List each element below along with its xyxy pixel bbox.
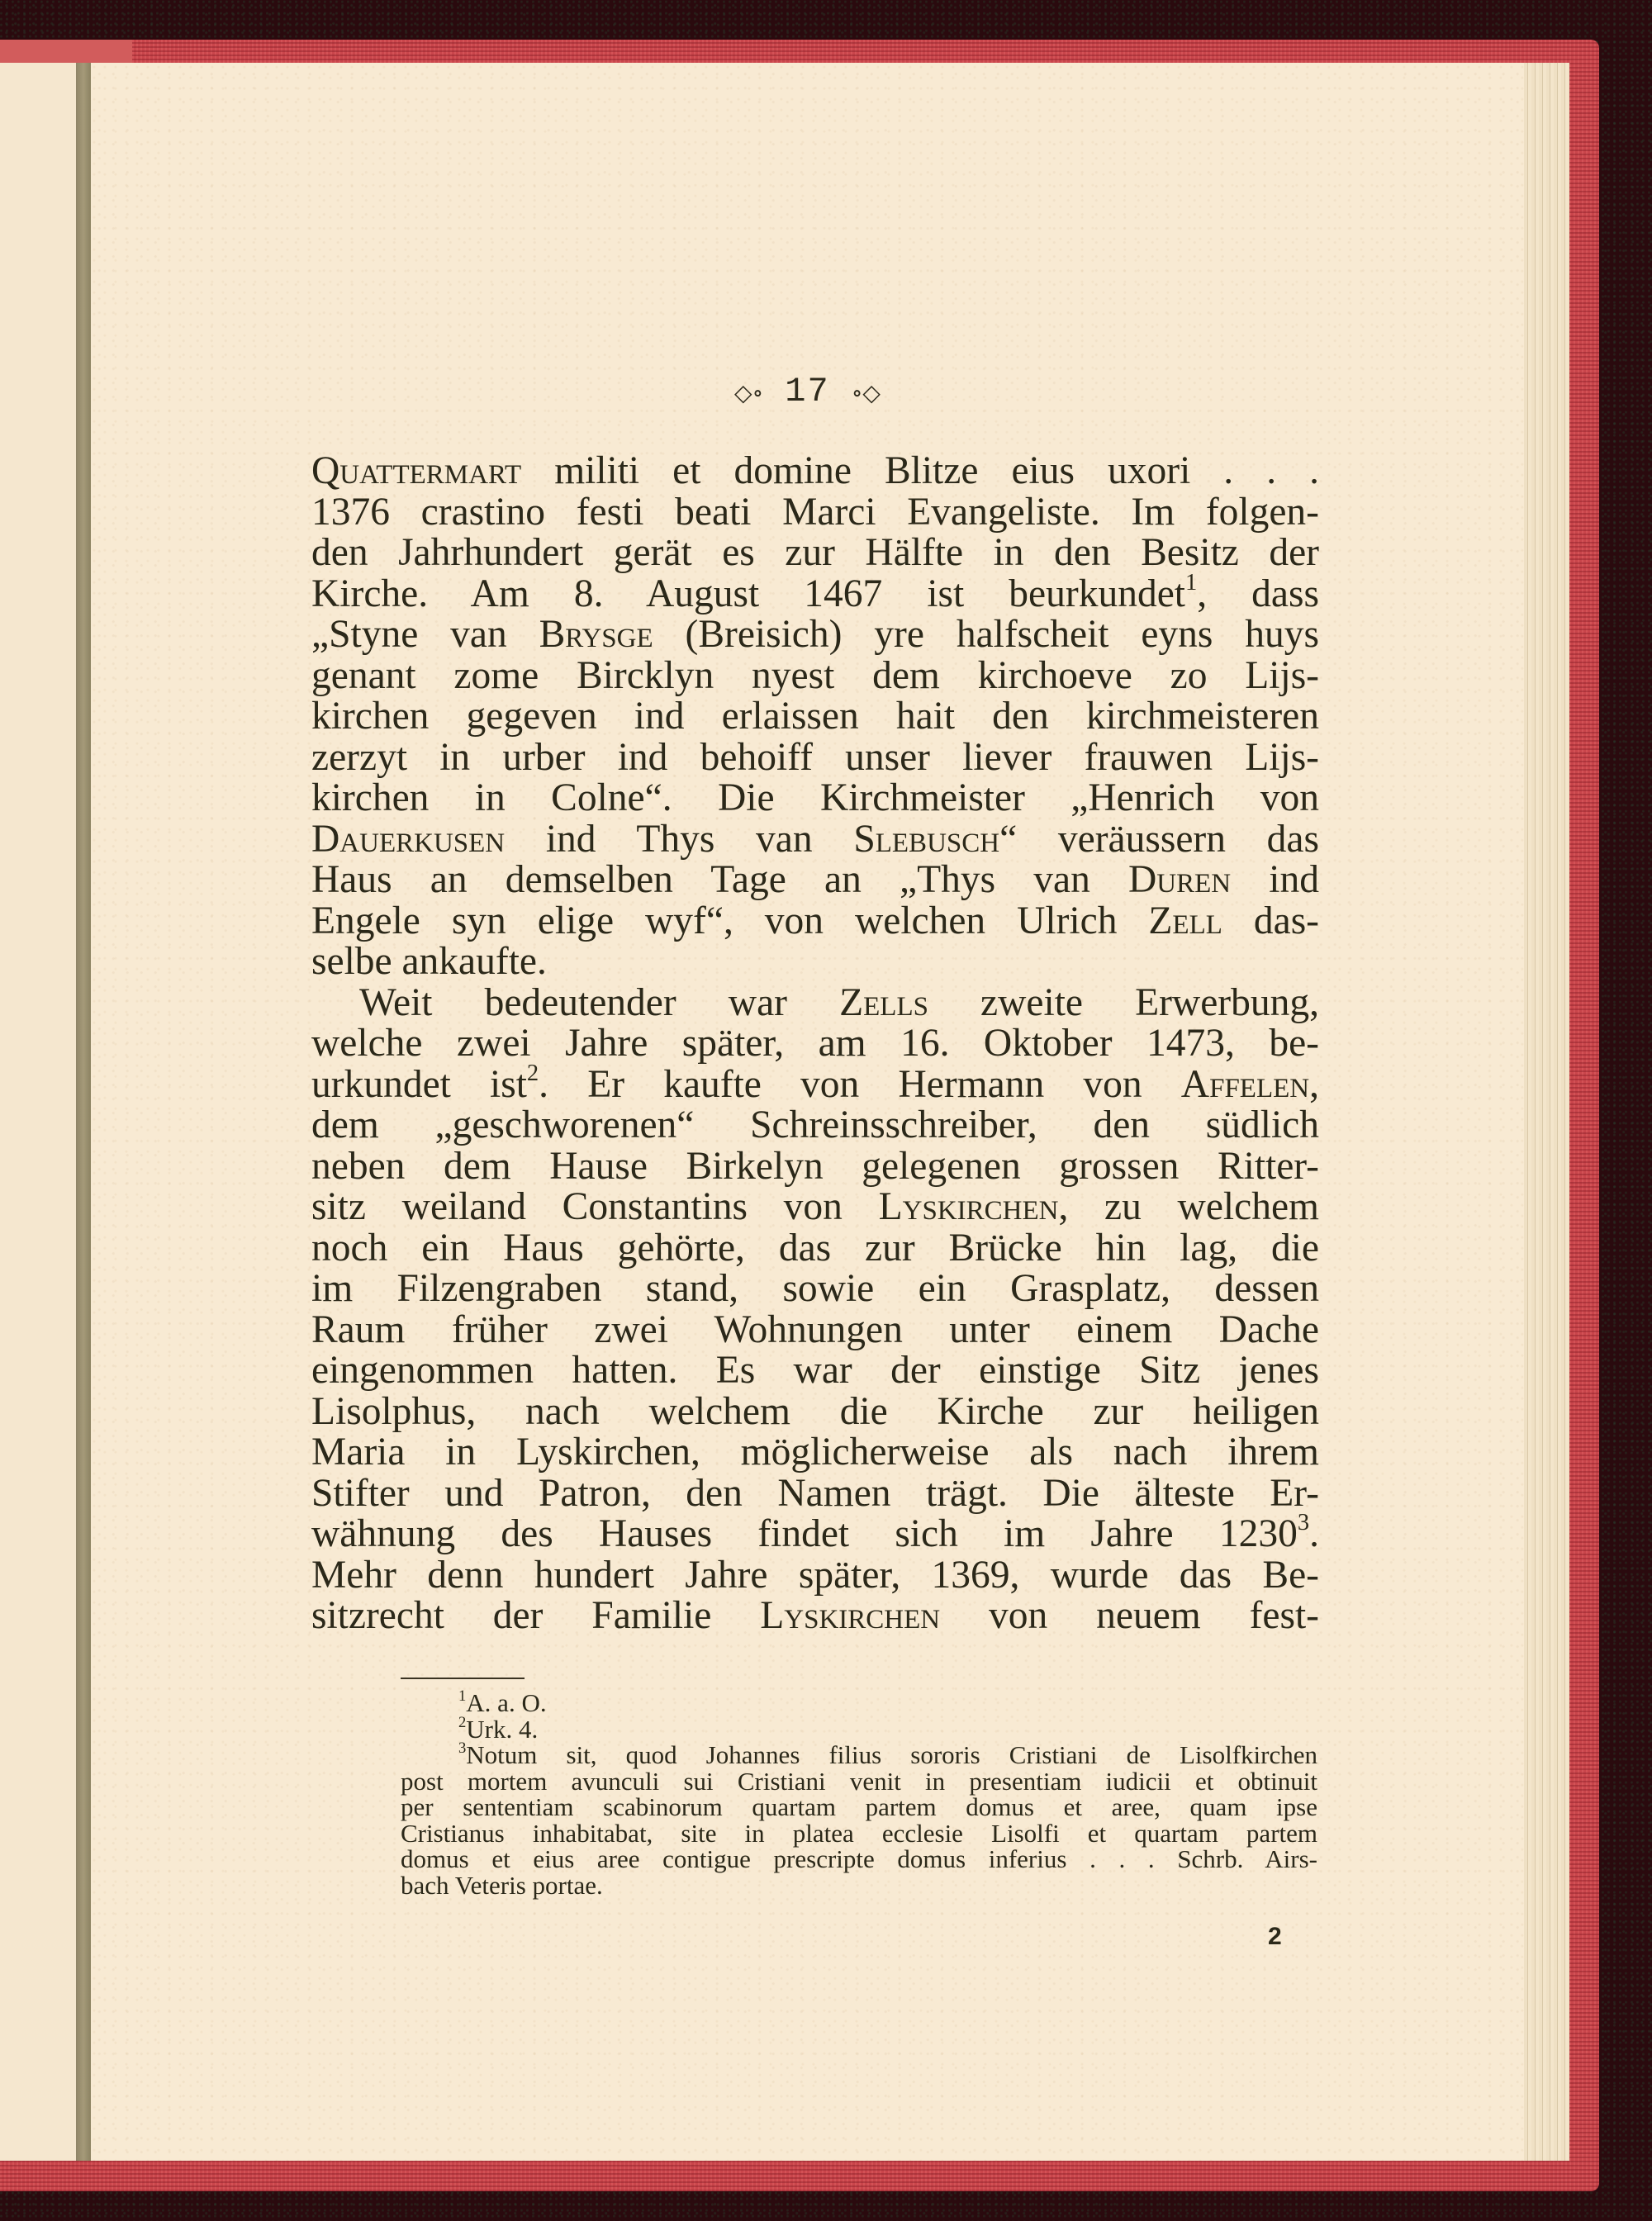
facing-page-edge: [0, 63, 76, 2161]
footnote-3-line: per sententiam scabinorum quartam partem…: [401, 1794, 1317, 1820]
text-line: noch ein Haus gehörte, das zur Brücke hi…: [311, 1228, 1319, 1269]
text-line: „Styne van Brysge (Breisich) yre halfsch…: [311, 615, 1319, 656]
cover-left-flap: [0, 40, 132, 64]
text-line: Maria in Lyskirchen, möglicherweise als …: [311, 1432, 1319, 1474]
text-line: Haus an demselben Tage an „Thys van Dure…: [311, 860, 1319, 901]
text-line: Engele syn elige wyf“, von welchen Ulric…: [311, 901, 1319, 942]
text-line: Mehr denn hundert Jahre später, 1369, wu…: [311, 1555, 1319, 1597]
text-line: eingenommen hatten. Es war der einstige …: [311, 1350, 1319, 1392]
footnote-ref: 2: [527, 1065, 539, 1086]
text-line: Kirche. Am 8. August 1467 ist beurkundet…: [311, 574, 1319, 615]
text-line: Lisolphus, nach welchem die Kirche zur h…: [311, 1392, 1319, 1433]
text-line: dem „geschworenen“ Schreinsschreiber, de…: [311, 1105, 1319, 1146]
signature-mark: 2: [1268, 1923, 1282, 1951]
page-number: 17: [785, 372, 829, 411]
text-line: kirchen gegeven ind erlaissen hait den k…: [311, 696, 1319, 738]
text-line: genant zome Bircklyn nyest dem kirchoeve…: [311, 656, 1319, 697]
text-line: zerzyt in urber ind behoiff unser liever…: [311, 738, 1319, 779]
text-line: welche zwei Jahre später, am 16. Oktober…: [311, 1023, 1319, 1065]
page-stack-edges: [1524, 63, 1569, 2161]
text-line: sitz weiland Constantins von Lyskirchen,…: [311, 1187, 1319, 1228]
text-line: kirchen in Colne“. Die Kirchmeister „Hen…: [311, 778, 1319, 819]
text-line: selbe ankaufte.: [311, 942, 1319, 983]
text-line: Raum früher zwei Wohnungen unter einem D…: [311, 1310, 1319, 1351]
text-line: im Filzengraben stand, sowie ein Graspla…: [311, 1269, 1319, 1310]
footnote-3-line: domus et eius aree contigue prescripte d…: [401, 1846, 1317, 1872]
text-line: den Jahrhundert gerät es zur Hälfte in d…: [311, 533, 1319, 574]
ornament-left-icon: ◇∘: [734, 381, 763, 406]
ornament-right-icon: ∘◇: [852, 381, 881, 406]
text-line-paragraph-start: Weit bedeutender war Zells zweite Erwerb…: [311, 983, 1319, 1024]
footnotes: 1A. a. O. 2Urk. 4. 3Notum sit, quod Joha…: [401, 1690, 1317, 1898]
text-line: wähnung des Hauses findet sich im Jahre …: [311, 1514, 1319, 1555]
footnote-ref: 3: [1298, 1514, 1309, 1535]
book-page: ◇∘17∘◇ Quattermart militi et domine Blit…: [91, 63, 1524, 2161]
text-line: 1376 crastino festi beati Marci Evangeli…: [311, 492, 1319, 534]
book-gutter: [76, 63, 91, 2161]
footnote-2: 2Urk. 4.: [401, 1716, 1317, 1743]
text-line: Quattermart militi et domine Blitze eius…: [311, 451, 1319, 492]
body-text: Quattermart militi et domine Blitze eius…: [311, 451, 1319, 1637]
running-head: ◇∘17∘◇: [91, 370, 1524, 411]
text-line: urkundet ist2. Er kaufte von Hermann von…: [311, 1065, 1319, 1106]
footnote-divider: [401, 1678, 525, 1679]
footnote-ref: 1: [1185, 574, 1197, 596]
text-line: neben dem Hause Birkelyn gelegenen gross…: [311, 1146, 1319, 1188]
footnote-3: 3Notum sit, quod Johannes filius sororis…: [401, 1742, 1317, 1768]
footnote-3-line: post mortem avunculi sui Cristiani venit…: [401, 1768, 1317, 1795]
text-line: sitzrecht der Familie Lyskirchen von neu…: [311, 1596, 1319, 1637]
footnote-3-line: Cristianus inhabitabat, site in platea e…: [401, 1820, 1317, 1847]
text-line: Dauerkusen ind Thys van Slebusch“ veräus…: [311, 819, 1319, 861]
text-line: Stifter und Patron, den Namen trägt. Die…: [311, 1474, 1319, 1515]
footnote-1: 1A. a. O.: [401, 1690, 1317, 1716]
footnote-3-line: bach Veteris portae.: [401, 1872, 1317, 1899]
